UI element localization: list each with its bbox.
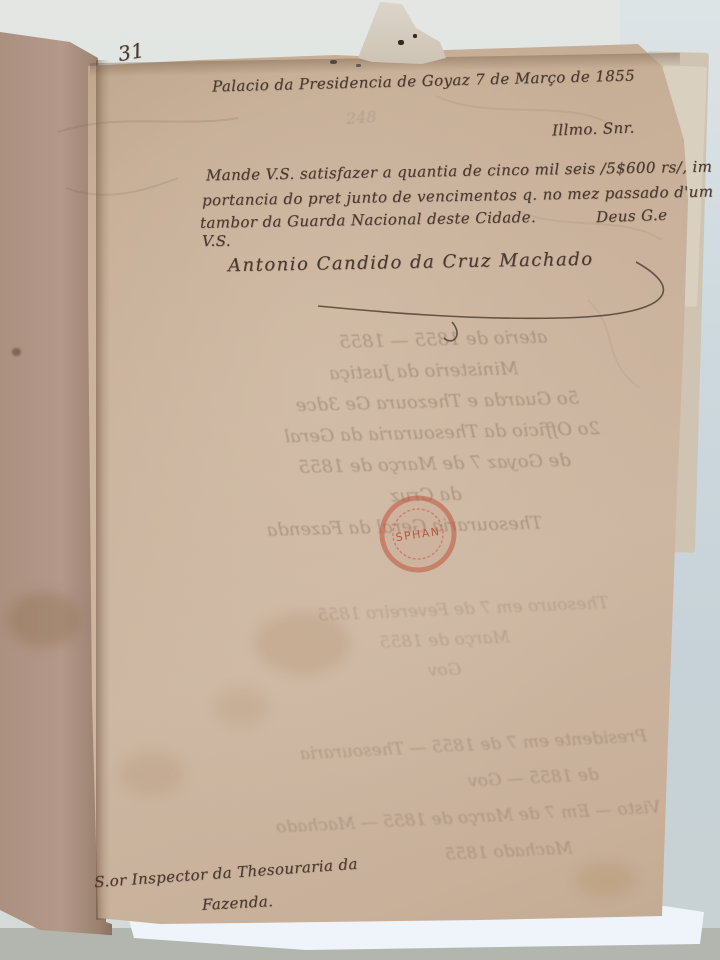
manuscript-photo: 31 Palacio da Presidencia de Goyaz 7 de … (0, 0, 720, 960)
footer-line: Fazenda. (202, 892, 274, 914)
bleedthrough-lower: Presidente em 7 de 1855 — Thesouraria de… (112, 718, 664, 890)
bleedthrough-middle: Thesouro em 7 de Fevereiro 1855 Março de… (228, 587, 632, 694)
archive-stamp: SPHAN (366, 482, 470, 586)
